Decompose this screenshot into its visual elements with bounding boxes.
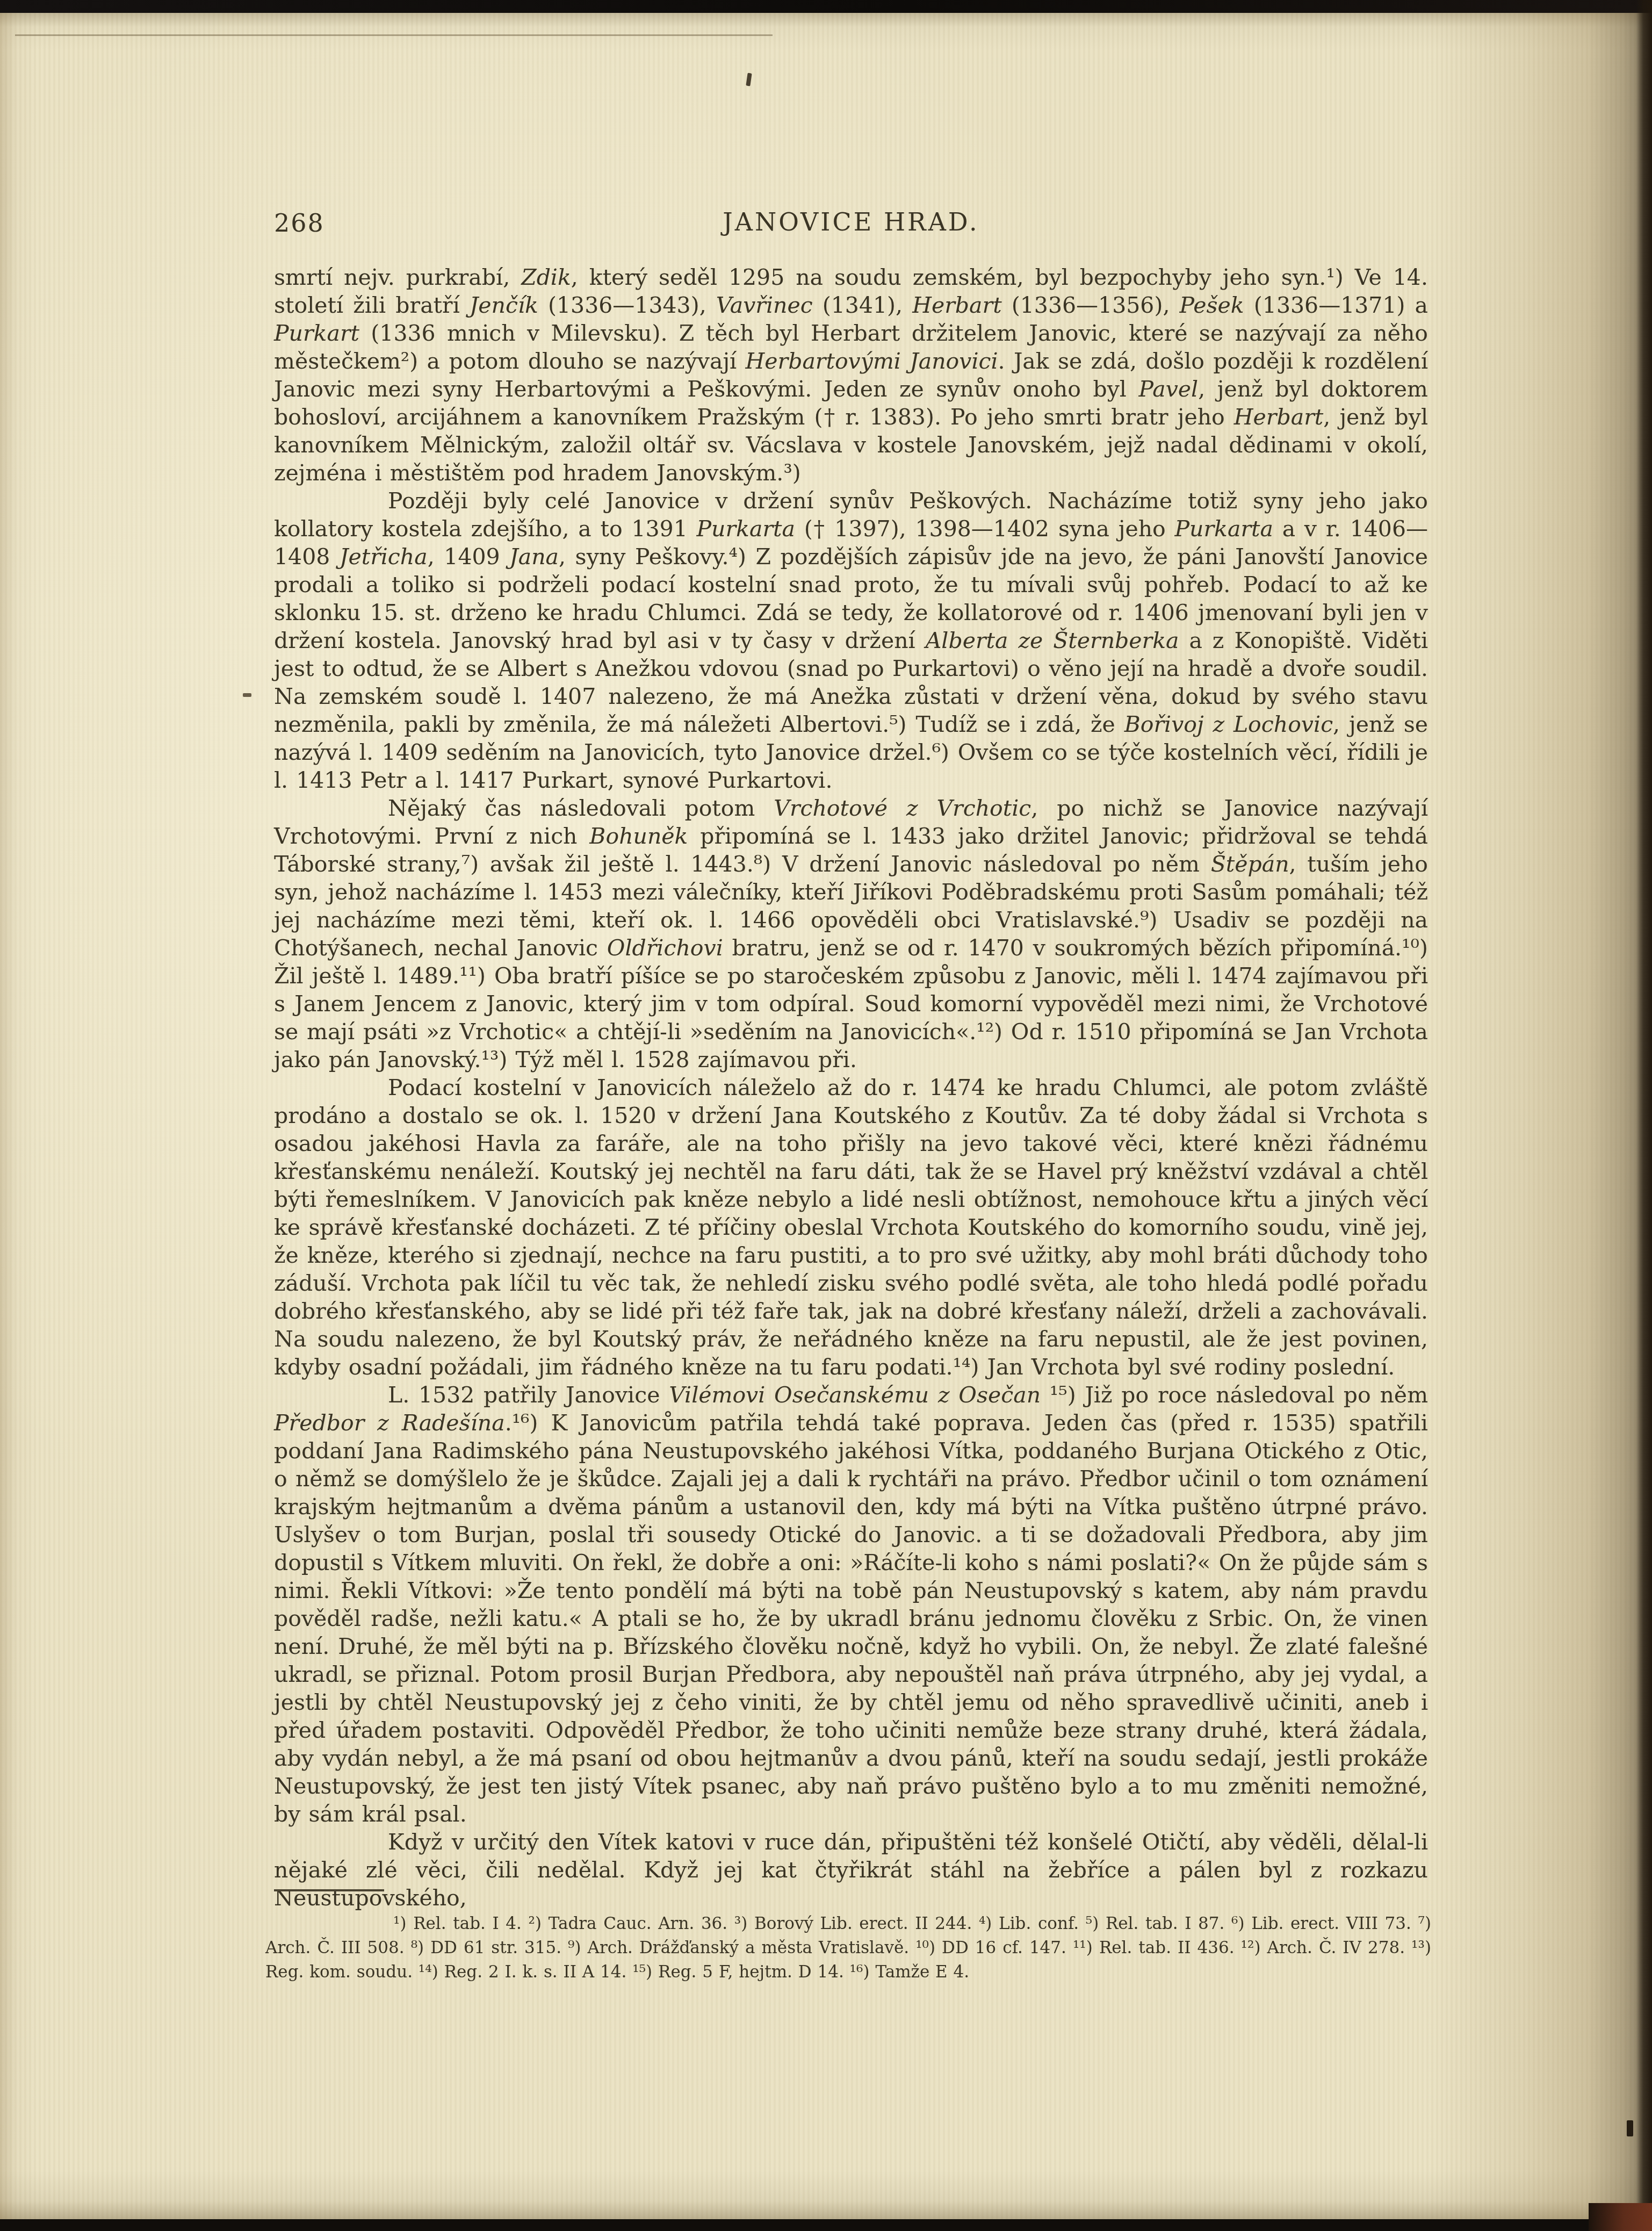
body-text: smrtí nejv. purkrabí, Zdik, který seděl … xyxy=(274,263,1428,1912)
paragraph-3: Nějaký čas následovali potom Vrchotové z… xyxy=(274,794,1428,1074)
page-number: 268 xyxy=(274,208,324,238)
ink-speck xyxy=(243,693,251,697)
scan-right-edge xyxy=(1636,0,1652,2231)
paragraph-2: Později byly celé Janovice v držení synů… xyxy=(274,487,1428,794)
page-head: 268 JANOVICE HRAD. xyxy=(274,207,1428,242)
book-cover-corner xyxy=(1589,2203,1652,2231)
page-surface: 268 JANOVICE HRAD. smrtí nejv. purkrabí,… xyxy=(0,13,1652,2219)
paragraph-6: Když v určitý den Vítek katovi v ruce dá… xyxy=(274,1828,1428,1912)
ink-speck xyxy=(746,73,752,87)
scan-top-edge xyxy=(0,0,1652,13)
scan-bottom-edge xyxy=(0,2219,1652,2231)
page-top-edge-shadow xyxy=(15,34,773,36)
scanned-book-page: 268 JANOVICE HRAD. smrtí nejv. purkrabí,… xyxy=(0,0,1652,2231)
running-header: JANOVICE HRAD. xyxy=(274,207,1428,236)
ink-speck xyxy=(1627,2120,1633,2136)
paragraph-4: Podací kostelní v Janovicích náleželo až… xyxy=(274,1074,1428,1381)
paragraph-1: smrtí nejv. purkrabí, Zdik, který seděl … xyxy=(274,263,1428,487)
footnote-separator xyxy=(274,1889,384,1891)
footnotes-text: ¹) Rel. tab. I 4. ²) Tadra Cauc. Arn. 36… xyxy=(265,1912,1431,1984)
paragraph-5: L. 1532 patřily Janovice Vilémovi Osečan… xyxy=(274,1381,1428,1828)
